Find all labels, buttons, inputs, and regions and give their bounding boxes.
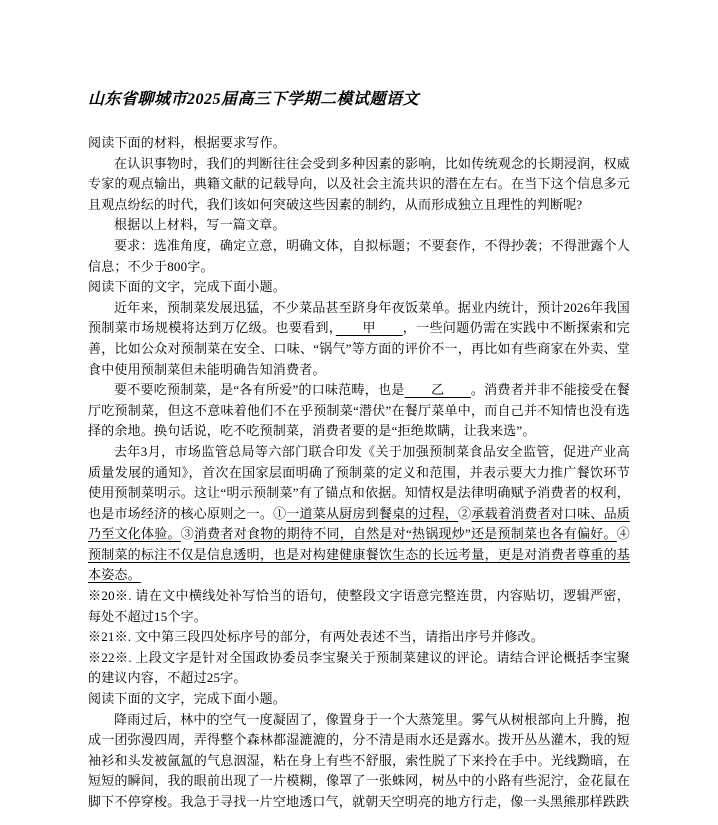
text-run: ※21※. 文中第三段四处标序号的部分，有两处表述不当，请指出序号并修改。 — [88, 629, 544, 644]
writing-task-intro: 阅读下面的材料，根据要求写作。 — [88, 133, 630, 154]
writing-requirements: 要求：选准角度，确定立意，明确文体，自拟标题；不要套作，不得抄袭；不得泄露个人信… — [88, 236, 630, 277]
exam-document-page: 山东省聊城市2025届高三下学期二模试题语文 阅读下面的材料，根据要求写作。在认… — [0, 0, 718, 825]
text-run: 要不要吃预制菜，是“各有所爱”的口味范畴，也是 — [114, 382, 405, 397]
question-21: ※21※. 文中第三段四处标序号的部分，有两处表述不当，请指出序号并修改。 — [88, 627, 630, 648]
text-run: ② — [458, 506, 471, 521]
question-20: ※20※. 请在文中横线处补写恰当的语句，使整段文字语意完整连贯，内容贴切，逻辑… — [88, 586, 630, 627]
passage1-para-1: 近年来，预制菜发展迅猛，不少菜品甚至跻身年夜饭菜单。据业内统计，预计2026年我… — [88, 298, 630, 380]
text-run: 降雨过后，林中的空气一度凝固了，像置身于一个大蒸笼里。雾气从树根部向上升腾，抱成… — [88, 712, 630, 809]
text-run: ※22※. 上段文字是针对全国政协委员李宝聚关于预制菜建议的评论。请结合评论概括… — [88, 650, 630, 686]
text-run: ③ — [181, 526, 194, 541]
marked-sentence-4: 预制菜的标注不仅是信息透明，也是对构建健康餐饮生态的长远考量，更是对消费者尊重的… — [88, 547, 630, 583]
passage2-para-1: 降雨过后，林中的空气一度凝固了，像置身于一个大蒸笼里。雾气从树根部向上升腾，抱成… — [88, 710, 630, 813]
text-run: 要求：选准角度，确定立意，明确文体，自拟标题；不要套作，不得抄袭；不得泄露个人信… — [88, 238, 630, 274]
reading-task-intro-2: 阅读下面的文字，完成下面小题。 — [88, 689, 630, 710]
page-title: 山东省聊城市2025届高三下学期二模试题语文 — [88, 88, 630, 112]
marked-sentence-1: 一道菜从厨房到餐桌的过程， — [286, 506, 458, 521]
question-22: ※22※. 上段文字是针对全国政协委员李宝聚关于预制菜建议的评论。请结合评论概括… — [88, 648, 630, 689]
text-run: 根据以上材料，写一篇文章。 — [114, 217, 286, 232]
text-run: 阅读下面的文字，完成下面小题。 — [88, 279, 286, 294]
reading-task-intro-1: 阅读下面的文字，完成下面小题。 — [88, 277, 630, 298]
marked-sentence-3: 消费者对食物的期待不同，自然是对“热锅现炒”还是预制菜也各有偏好。 — [194, 526, 617, 541]
passage1-para-2: 要不要吃预制菜，是“各有所爱”的口味范畴，也是 乙 。消费者并非不能接受在餐厅吃… — [88, 380, 630, 442]
writing-instruction: 根据以上材料，写一篇文章。 — [88, 215, 630, 236]
passage1-para-3: 去年3月，市场监管总局等六部门联合印发《关于加强预制菜食品安全监管，促进产业高质… — [88, 442, 630, 586]
writing-material: 在认识事物时，我们的判断往往会受到多种因素的影响，比如传统观念的长期浸润，权威专… — [88, 154, 630, 216]
text-run: 阅读下面的材料，根据要求写作。 — [88, 135, 286, 150]
text-run: ※20※. 请在文中横线处补写恰当的语句，使整段文字语意完整连贯，内容贴切，逻辑… — [88, 588, 630, 624]
text-run: 阅读下面的文字，完成下面小题。 — [88, 691, 286, 706]
blank-jia: 甲 — [336, 320, 403, 335]
text-run: 在认识事物时，我们的判断往往会受到多种因素的影响，比如传统观念的长期浸润，权威专… — [88, 156, 630, 212]
text-run: ④ — [617, 526, 630, 541]
blank-yi: 乙 — [405, 382, 471, 397]
document-body: 阅读下面的材料，根据要求写作。在认识事物时，我们的判断往往会受到多种因素的影响，… — [88, 133, 630, 813]
